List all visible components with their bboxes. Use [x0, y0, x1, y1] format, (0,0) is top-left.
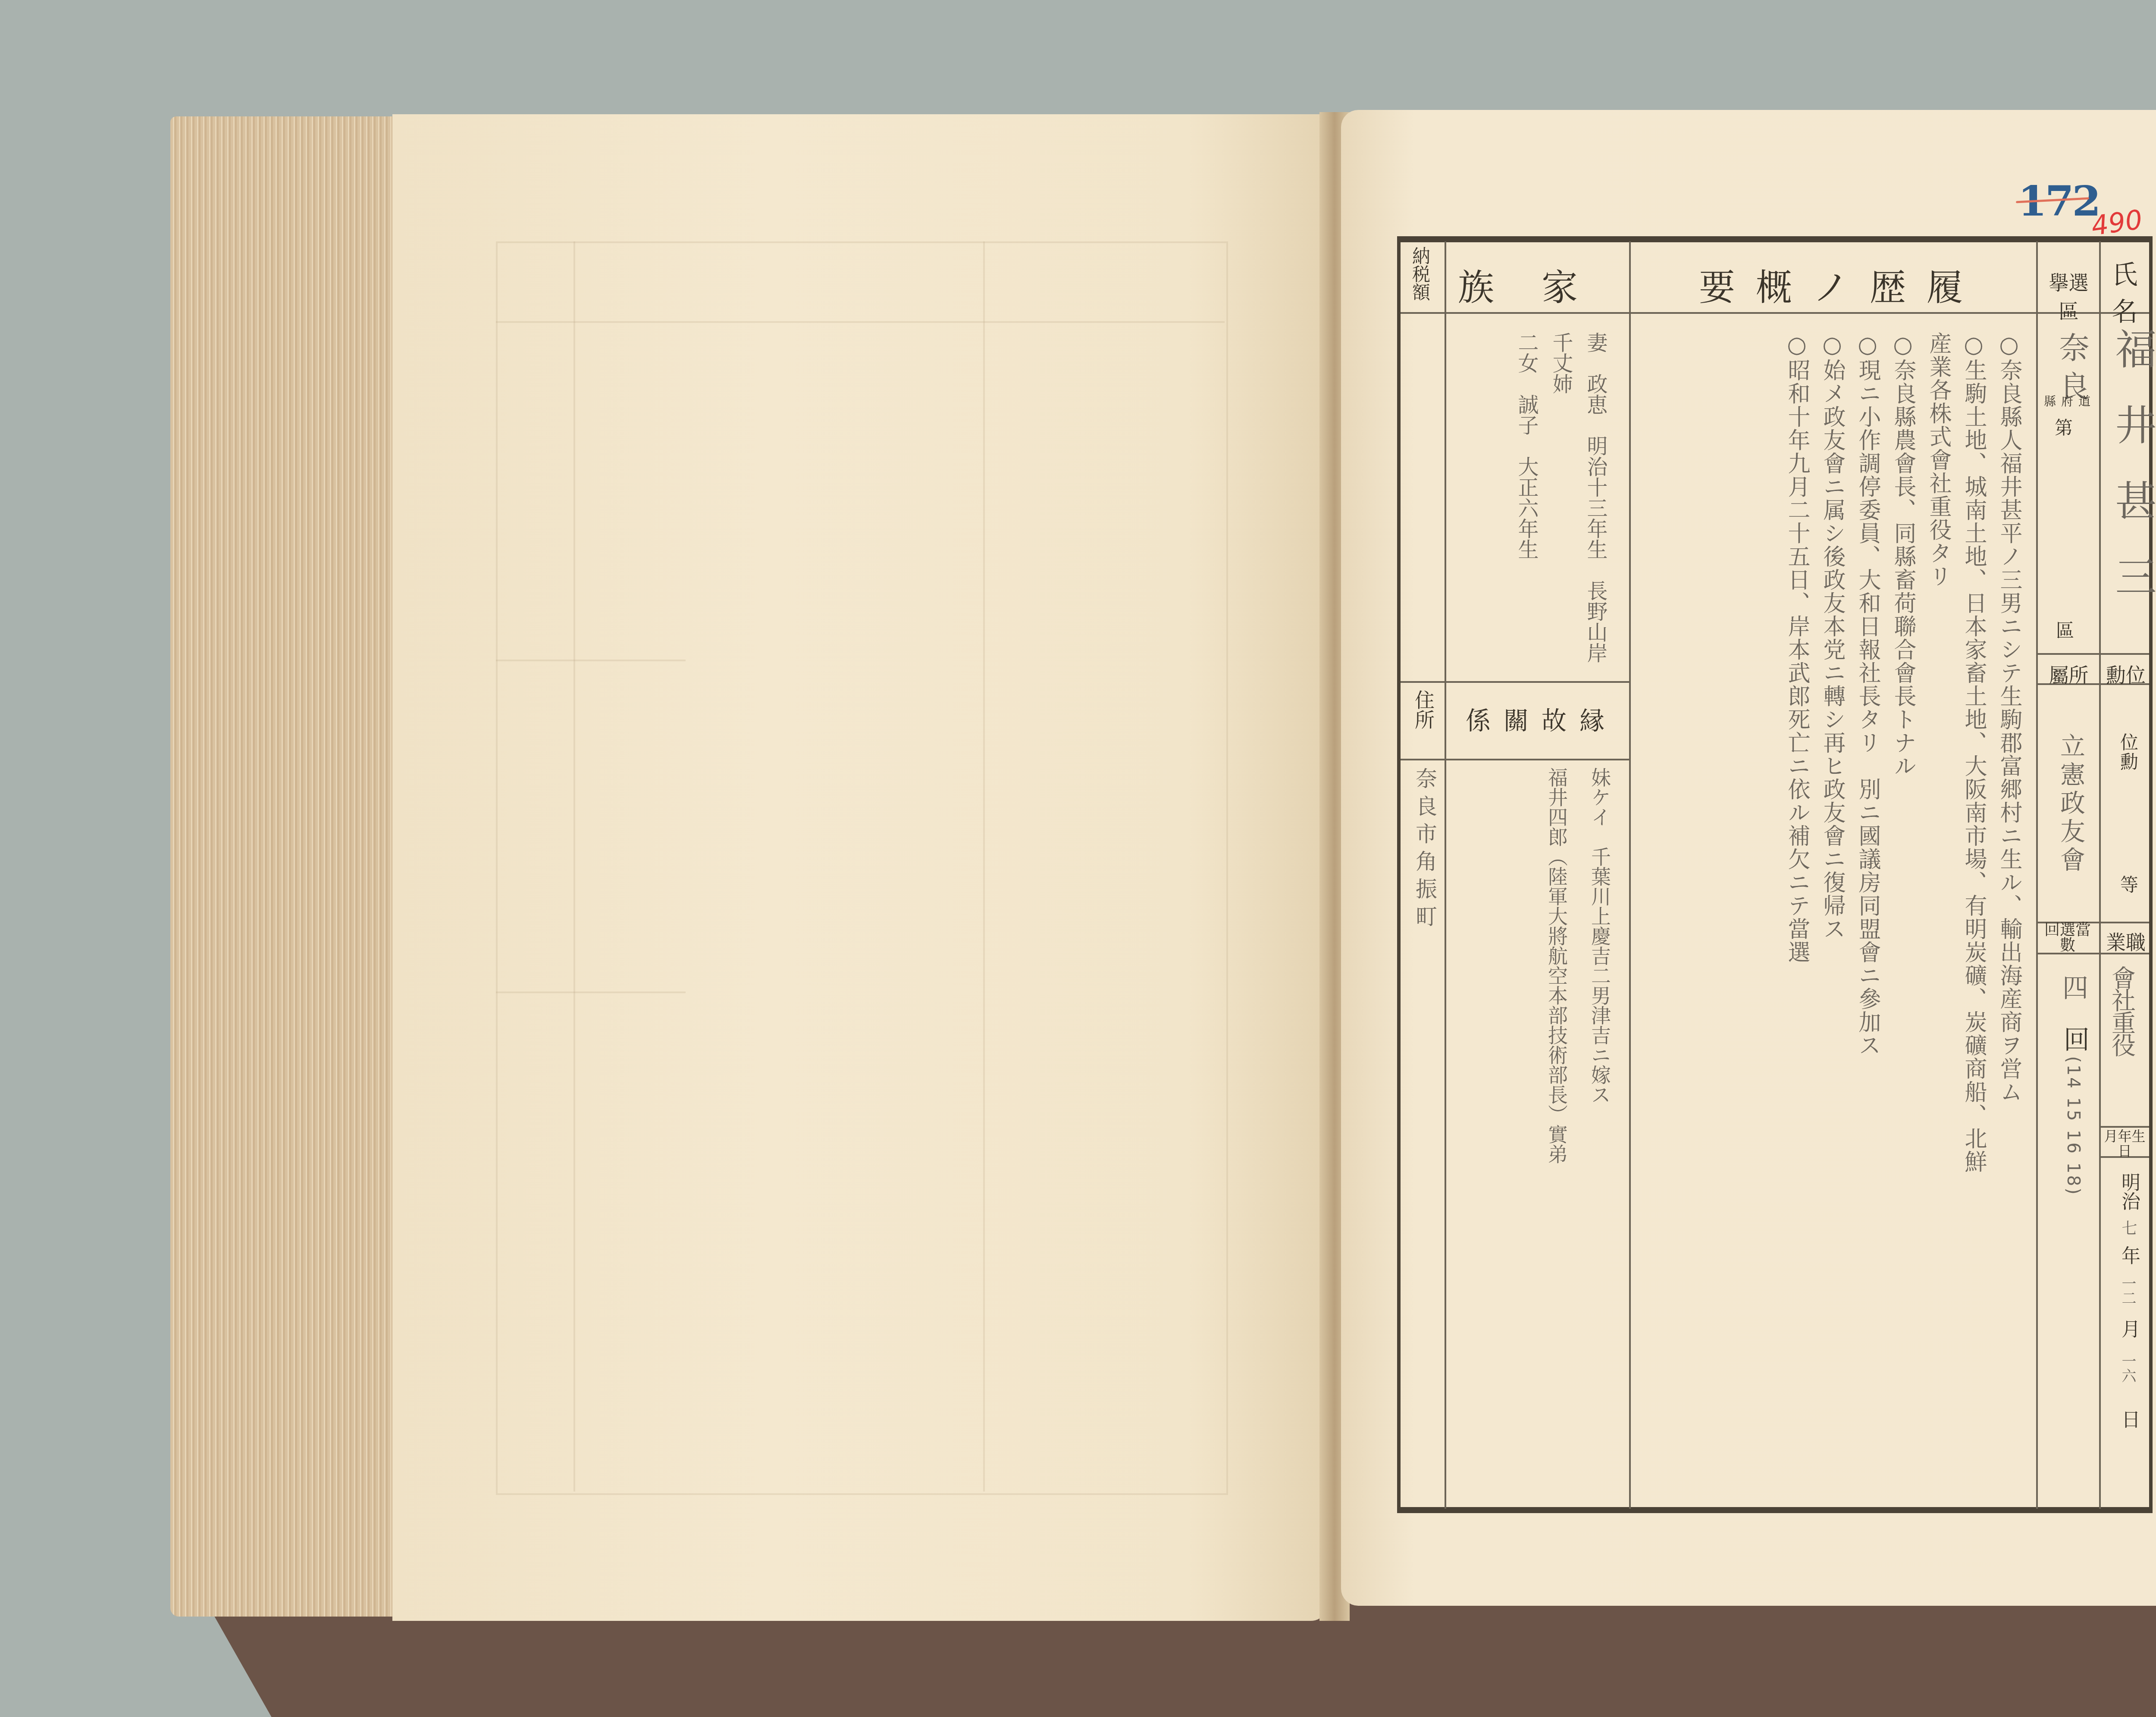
header-relations: 縁故關係 [1457, 701, 1626, 737]
biography-line: ○奈良縣農會長、同縣畜荷聯合會長トナル [1885, 332, 1921, 1194]
header-tax: 納税額 [1411, 247, 1429, 311]
family-text: 妻 政恵 明治十三年生 長野山岸千丈姉 二女 誠子 大正六年生 [1535, 332, 1613, 677]
record-party: 立憲政友會 [2053, 733, 2089, 875]
birth-month-unit: 月 [2115, 1319, 2143, 1338]
times-elected-count: 四 [2055, 974, 2092, 1000]
birth-year-unit: 年 [2115, 1246, 2143, 1265]
page-edges [170, 116, 395, 1617]
left-page-ghost-table [496, 241, 1228, 1495]
relations-text: 妹ケイ 千葉川上慶吉二男津吉ニ嫁ス 福井四郎（陸軍大將航空本部技術部長）實弟 [1526, 767, 1621, 1285]
ghost-line [983, 241, 985, 1492]
record-occupation: 會社重役 [2104, 966, 2139, 1055]
times-elected-sessions: (14 15 16 18) [2063, 1056, 2083, 1196]
field-rule [1401, 681, 1629, 683]
family-member: 妻 政恵 明治十三年生 長野山岸千丈姉 [1544, 332, 1613, 677]
header-occupation: 職業 [2104, 927, 2147, 955]
rank-label: 位 [2115, 733, 2141, 751]
ghost-line [496, 991, 686, 993]
record-address: 奈良市角振町 [1409, 767, 1440, 933]
birth-month: 一二 [2117, 1276, 2138, 1305]
biography-line: ○現ニ小作調停委員、大和日報社長タリ 別ニ國議房同盟會ニ參加ス [1850, 332, 1885, 1194]
header-address: 住所 [1409, 690, 1438, 729]
district-number-suffix: 區 [2056, 616, 2074, 642]
field-rule [1401, 759, 1629, 760]
header-rank: 位勳 [2104, 660, 2147, 688]
header-rule [1401, 312, 2149, 314]
birth-day: 一六 [2117, 1354, 2138, 1383]
birth-era: 明治 [2115, 1173, 2143, 1210]
field-rule [2036, 653, 2149, 655]
header-birth-date: 生年月日 [2102, 1129, 2147, 1158]
header-party: 所屬 [2040, 660, 2098, 688]
family-member: 二女 誠子 大正六年生 [1509, 332, 1544, 677]
relation-entry: 福井四郎（陸軍大將航空本部技術部長）實弟 [1535, 767, 1578, 1285]
biography-line: ○昭和十年九月二十五日、岸本武郎死亡ニ依ル補欠ニテ當選 [1779, 332, 1814, 1194]
times-elected-unit: 回 [2056, 1026, 2093, 1052]
column-divider [2099, 241, 2101, 1509]
header-name: 氏名 [2104, 254, 2145, 310]
field-rule [2099, 1126, 2149, 1128]
column-divider [1629, 241, 1631, 1509]
birth-day-unit: 日 [2115, 1410, 2143, 1429]
district-number-prefix: 第 [2055, 414, 2073, 440]
header-biography: 履歴ノ概要 [1647, 259, 2035, 311]
header-district: 選擧區 [2040, 267, 2098, 324]
column-divider [1445, 241, 1446, 1509]
biography-line: ○奈良縣人福井甚平ノ三男ニシテ生駒郡富郷村ニ生ル、輸出海産商ヲ営ム [1991, 332, 2027, 1194]
birth-year: 七 [2117, 1220, 2139, 1235]
biography-text: ○奈良縣人福井甚平ノ三男ニシテ生駒郡富郷村ニ生ル、輸出海産商ヲ営ム ○生駒土地、… [1751, 332, 2027, 1194]
ghost-line [496, 321, 1225, 323]
record-name: 福井甚三 [2103, 328, 2156, 631]
header-times-elected: 當選回數 [2044, 923, 2091, 954]
ghost-line [496, 660, 686, 661]
biography-line: ○始メ政友會ニ属シ後政友本党ニ轉シ再ヒ政友會ニ復帰ス [1814, 332, 1850, 1194]
biography-line: ○生駒土地、城南土地、日本家畜土地、大阪南市場、有明炭礦、炭礦商船、北鮮産業各株… [1921, 332, 1991, 1194]
district-prefecture-types: 道府縣 [2044, 392, 2096, 410]
decoration-label: 勳 [2115, 752, 2141, 770]
column-divider [2036, 241, 2038, 1509]
relation-entry: 妹ケイ 千葉川上慶吉二男津吉ニ嫁ス [1578, 767, 1621, 1285]
header-family: 家族 [1457, 259, 1626, 311]
ghost-line [573, 241, 575, 1492]
grade-label: 等 [2115, 875, 2141, 893]
